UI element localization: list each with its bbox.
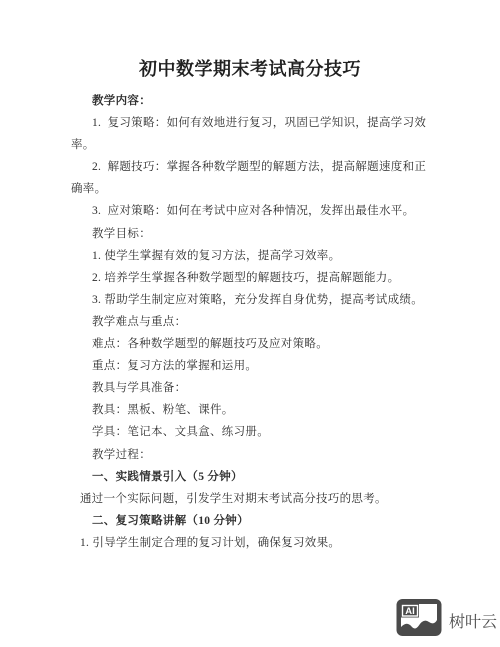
doc-line: 率。: [71, 134, 471, 156]
doc-line: 教学目标：: [71, 223, 471, 245]
doc-line: 教具：黑板、粉笔、课件。: [71, 399, 471, 421]
doc-line: 确率。: [71, 178, 471, 200]
watermark-logo: AI 树叶云: [396, 598, 497, 642]
doc-line: 3. 帮助学生制定应对策略，充分发挥自身优势，提高考试成绩。: [71, 289, 471, 311]
doc-line: 教具与学具准备：: [71, 377, 471, 399]
doc-line: 教学过程：: [71, 444, 471, 466]
svg-text:AI: AI: [405, 606, 415, 617]
document-page: 初中数学期末考试高分技巧 教学内容： 1. 复习策略：如何有效地进行复习，巩固已…: [0, 0, 500, 647]
doc-line: 3. 应对策略：如何在考试中应对各种情况，发挥出最佳水平。: [71, 200, 471, 222]
doc-line: 1. 引导学生制定合理的复习计划，确保复习效果。: [71, 532, 471, 554]
watermark-brand-text: 树叶云: [449, 609, 497, 632]
doc-line: 通过一个实际问题，引发学生对期末考试高分技巧的思考。: [71, 488, 471, 510]
doc-line: 1. 使学生掌握有效的复习方法，提高学习效率。: [71, 245, 471, 267]
doc-line-section-heading: 二、复习策略讲解（10 分钟）: [71, 510, 471, 532]
doc-line: 2. 解题技巧：掌握各种数学题型的解题方法，提高解题速度和正: [71, 156, 471, 178]
doc-line: 重点：复习方法的掌握和运用。: [71, 355, 471, 377]
page-title: 初中数学期末考试高分技巧: [0, 55, 500, 81]
doc-line: 1. 复习策略：如何有效地进行复习，巩固已学知识，提高学习效: [71, 112, 471, 134]
doc-line: 教学难点与重点：: [71, 311, 471, 333]
doc-line: 2. 培养学生掌握各种数学题型的解题技巧，提高解题能力。: [71, 267, 471, 289]
doc-line-section-heading: 一、实践情景引入（5 分钟）: [71, 466, 471, 488]
doc-line: 学具：笔记本、文具盒、练习册。: [71, 421, 471, 443]
doc-line: 教学内容：: [71, 90, 471, 112]
ai-image-logo-icon: AI: [396, 598, 442, 642]
doc-line: 难点：各种数学题型的解题技巧及应对策略。: [71, 333, 471, 355]
document-body: 教学内容： 1. 复习策略：如何有效地进行复习，巩固已学知识，提高学习效 率。 …: [71, 90, 471, 554]
